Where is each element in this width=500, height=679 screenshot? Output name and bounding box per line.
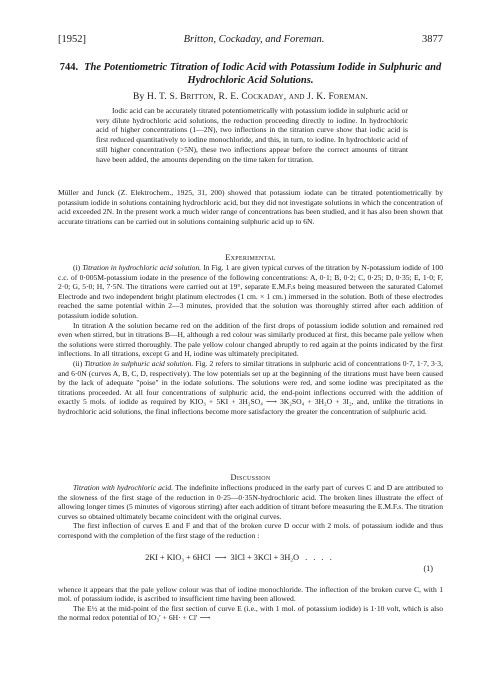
section-heading-experimental: Experimental xyxy=(58,252,443,263)
article-title-block: 744.The Potentiometric Titration of Iodi… xyxy=(58,61,443,87)
running-authors: Britton, Cockaday, and Foreman. xyxy=(184,33,325,46)
discussion-section: Discussion Titration with hydrochloric a… xyxy=(58,472,443,623)
experimental-section: Experimental (i) Titration in hydrochlor… xyxy=(58,252,443,417)
abstract: Iodic acid can be accurately titrated po… xyxy=(96,106,408,164)
author-list: H. T. S. Britton, R. E. Cockaday, and J.… xyxy=(147,92,368,102)
introduction: Müller and Junck (Z. Elektrochem., 1925,… xyxy=(58,188,443,226)
year: [1952] xyxy=(58,33,86,46)
discussion-paragraph-3: whence it appears that the pale yellow c… xyxy=(58,585,443,604)
byline: By H. T. S. Britton, R. E. Cockaday, and… xyxy=(58,91,443,103)
article-title: The Potentiometric Titration of Iodic Ac… xyxy=(84,62,441,86)
page-number: 3877 xyxy=(422,33,443,46)
experimental-paragraph-2: In titration A the solution became red o… xyxy=(58,321,443,359)
subheading-titration-hcl: Titration with hydrochloric acid. xyxy=(73,483,173,492)
article-number: 744. xyxy=(60,62,78,73)
subheading-sulphuric: Titration in sulphuric acid solution. xyxy=(84,359,193,368)
discussion-paragraph-2: The first inflection of curves E and F a… xyxy=(58,521,443,540)
discussion-paragraph-1: Titration with hydrochloric acid. The in… xyxy=(58,483,443,521)
running-header: [1952] Britton, Cockaday, and Foreman. 3… xyxy=(58,33,443,46)
section-heading-discussion: Discussion xyxy=(58,472,443,483)
experimental-paragraph-3: (ii) Titration in sulphuric acid solutio… xyxy=(58,359,443,417)
subheading-hydrochloric: Titration in hydrochloric acid solution. xyxy=(82,263,201,272)
equation-text: 2KI + KIO₃ + 6HCl ⟶ 3ICl + 3KCl + 3H₂O .… xyxy=(145,553,331,562)
equation-number: (1) xyxy=(423,563,433,574)
equation-1: 2KI + KIO₃ + 6HCl ⟶ 3ICl + 3KCl + 3H₂O .… xyxy=(58,541,443,585)
discussion-paragraph-4: The E½ at the mid-point of the first sec… xyxy=(58,604,443,623)
intro-paragraph: Müller and Junck (Z. Elektrochem., 1925,… xyxy=(58,188,443,226)
experimental-paragraph-1: (i) Titration in hydrochloric acid solut… xyxy=(58,263,443,321)
byline-prefix: By xyxy=(133,92,145,102)
